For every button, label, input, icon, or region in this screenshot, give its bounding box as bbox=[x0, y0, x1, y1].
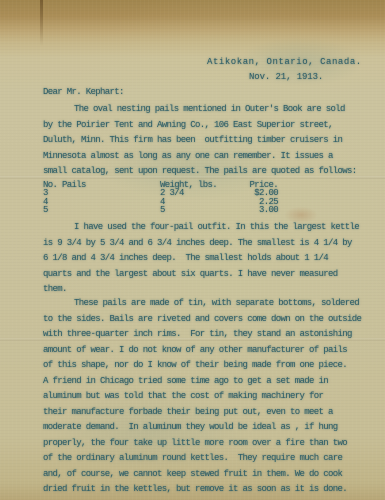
letter-line: amount of wear. I do not know of any oth… bbox=[43, 343, 361, 359]
letter-line: properly, the four take up little more r… bbox=[43, 436, 361, 452]
paragraph-construction: These pails are made of tin, with separa… bbox=[43, 296, 361, 498]
letter-line: A friend in Chicago tried some time ago … bbox=[43, 374, 361, 390]
letter-line: I have used the four-pail outfit. In thi… bbox=[43, 220, 359, 236]
letter-page: Atikokan, Ontario, Canada. Nov. 21, 1913… bbox=[0, 0, 385, 500]
table-cell: 4 bbox=[43, 198, 160, 206]
letter-line: 6 1/8 and 4 3/4 inches deep. The smalles… bbox=[43, 251, 359, 267]
date-line: Nov. 21, 1913. bbox=[249, 72, 323, 82]
table-row: 553.00 bbox=[43, 206, 278, 214]
paragraph-pails-source: The oval nesting pails mentioned in Oute… bbox=[43, 102, 357, 180]
table-cell: 4 bbox=[160, 198, 248, 206]
letter-line: Minnesota almost as long as any one can … bbox=[43, 149, 357, 165]
letter-line: quarts and the largest about six quarts.… bbox=[43, 267, 359, 283]
letter-line: and, of course, we cannot keep stewed fr… bbox=[43, 467, 361, 483]
paper-crease bbox=[40, 0, 43, 46]
table-cell: 5 bbox=[160, 206, 248, 214]
letter-line: The oval nesting pails mentioned in Oute… bbox=[43, 102, 357, 118]
letter-line: their manufacture forbade their being pu… bbox=[43, 405, 361, 421]
letter-line: Duluth, Minn. This firm has been outfitt… bbox=[43, 133, 357, 149]
letter-line: moderate demand. In aluminum they would … bbox=[43, 420, 361, 436]
table-cell: 2 3/4 bbox=[160, 189, 248, 197]
paragraph-pail-sizes: I have used the four-pail outfit. In thi… bbox=[43, 220, 359, 298]
letter-line: dried fruit in the kettles, but remove i… bbox=[43, 482, 361, 498]
table-cell: 5 bbox=[43, 206, 160, 214]
salutation-line: Dear Mr. Kephart: bbox=[43, 87, 124, 97]
place-line: Atikokan, Ontario, Canada. bbox=[207, 57, 362, 67]
letter-line: of this shape, nor do I know of their be… bbox=[43, 358, 361, 374]
table-cell: 3.00 bbox=[248, 206, 278, 214]
letter-line: of the ordinary aluminum round kettles. … bbox=[43, 451, 361, 467]
letter-line: These pails are made of tin, with separa… bbox=[43, 296, 361, 312]
price-table: No. PailsWeight, lbs.Price.32 3/4$2.0044… bbox=[43, 181, 278, 215]
letter-line: aluminum but was told that the cost of m… bbox=[43, 389, 361, 405]
letter-line: small catalog, sent upon request. The pa… bbox=[43, 164, 357, 180]
letter-line: with three-quarter inch rims. For tin, t… bbox=[43, 327, 361, 343]
table-cell: 3 bbox=[43, 189, 160, 197]
letter-line: is 9 3/4 by 5 3/4 and 6 3/4 inches deep.… bbox=[43, 236, 359, 252]
table-cell: No. Pails bbox=[43, 181, 160, 189]
letter-line: to the sides. Bails are riveted and cove… bbox=[43, 312, 361, 328]
letter-line: by the Poirier Tent and Awning Co., 106 … bbox=[43, 118, 357, 134]
